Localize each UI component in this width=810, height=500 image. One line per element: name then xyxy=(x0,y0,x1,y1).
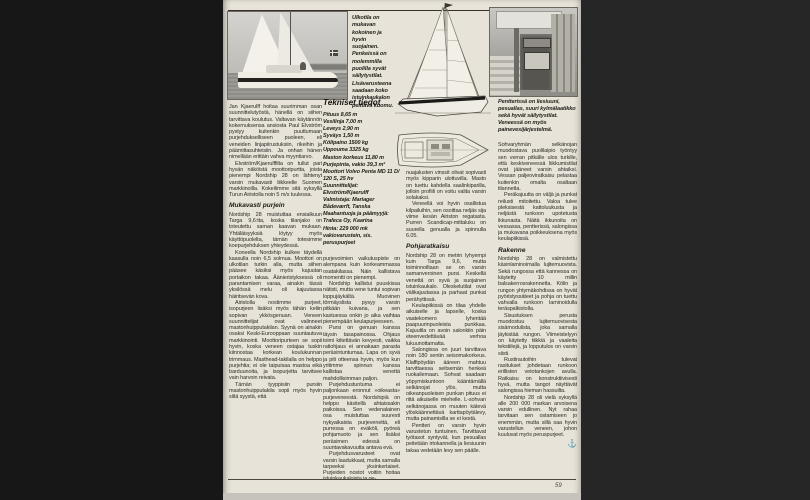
spec-importer: Maahantuoja ja päämyyjä: Trafeca Oy, Kaa… xyxy=(323,211,401,225)
cabin-top xyxy=(266,65,302,73)
spec-length: Pituus 8,65 m xyxy=(323,112,401,119)
paragraph: Salongissa on juuri tarvittava noin 180 … xyxy=(406,347,486,423)
spec-builder: Valmistaja: Mariager Bådeværft, Tanska xyxy=(323,197,401,211)
article-column-1: Jan Kjaerulff hoitaa suurimman osan suun… xyxy=(229,104,322,480)
paragraph: Pursi on genuan kanssa täysin tasapainos… xyxy=(323,325,400,382)
cockpit-photo-caption: Ulkotila on mukavan kokoinen ja hyvin su… xyxy=(352,15,394,110)
paragraph: Nordship 28 muistuttaa ensialkuun Targa … xyxy=(229,212,322,250)
spec-price: Hinta: 229 000 mk vakiovarustein, sis. p… xyxy=(323,226,401,247)
paragraph: Tämän tyyppisiin pursiin mastonhuipputak… xyxy=(229,382,322,401)
paragraph: Purjehdustuntuma ei paljonkaan eronnut »… xyxy=(323,382,400,451)
wood-cabinets xyxy=(551,14,575,92)
paragraph: Rustirautoihin tulevat rasitukset johdet… xyxy=(498,357,577,395)
spec-sail-area: Purjepinta, vakio 39,3 m² xyxy=(323,162,401,169)
article-column-4: Sohvaryhmän selkänojan muodostava puolil… xyxy=(498,142,577,480)
tech-specs-list: Pituus 8,65 m Vesilinja 7,00 m Leveys 2,… xyxy=(323,112,401,247)
spec-draft: Syväys 1,50 m xyxy=(323,133,401,140)
galley-photo xyxy=(490,8,577,96)
paragraph: Keulapiikissä on tilaa yhdelle aikuisell… xyxy=(406,303,486,347)
paragraph: Airistolla nostimme purjeet, isopurjeen … xyxy=(229,300,322,382)
page-number: 59 xyxy=(555,483,562,489)
right-black-margin xyxy=(581,0,810,500)
sailplan-drawing xyxy=(395,0,491,128)
paragraph: purjevoimien vaikutuspiste on alempana k… xyxy=(323,256,400,281)
anchor-icon: ⚓ xyxy=(498,439,577,448)
paragraph: nuajalusten vinssit olivat sopivasti myö… xyxy=(406,170,486,201)
paragraph: Elvström/Kjaerulffilta on tullut pari hy… xyxy=(229,161,322,199)
spec-waterline: Vesilinja 7,00 m xyxy=(323,119,401,126)
handrail xyxy=(514,28,519,92)
paragraph: Veneellä voi hyvin osallistua kilpailuih… xyxy=(406,201,486,239)
paragraph: Koneella Nordship kulkee täydellä kaasul… xyxy=(229,250,322,300)
section-heading-rakenne: Rakenne xyxy=(498,248,577,254)
paragraph: Jan Kjaerulff hoitaa suurimman osan suun… xyxy=(229,104,322,161)
paragraph: Sohvaryhmän selkänojan muodostava puolil… xyxy=(498,142,577,192)
section-heading-mukavasti-purjein: Mukavasti purjein xyxy=(229,203,322,209)
bottom-rule xyxy=(228,479,576,480)
section-heading-pohjaratkaisu: Pohjaratkaisu xyxy=(406,244,486,250)
paragraph: Pentteri on varsin hyvin varustetun tunt… xyxy=(406,423,486,454)
paragraph: Nordship kallistui puuskissa nätisti, mu… xyxy=(323,281,400,325)
spec-keel-weight: Kölipaino 1500 kg xyxy=(323,140,401,147)
helmsman xyxy=(300,62,306,70)
spec-beam: Leveys 2,90 m xyxy=(323,126,401,133)
spec-displacement: Uppouma 3325 kg xyxy=(323,147,401,154)
spec-engine: Moottori Volvo Penta MD 11 D/ 120 S, 25 … xyxy=(323,169,401,183)
stern-flag xyxy=(330,50,338,56)
tech-specs-box: Tekniset tiedot Pituus 8,65 m Vesilinja … xyxy=(323,98,401,254)
tech-specs-heading: Tekniset tiedot xyxy=(323,98,401,107)
article-column-3: nuajalusten vinssit olivat sopivasti myö… xyxy=(406,170,486,480)
galley-photo-caption: Pentterissä on liesiuuni, pesuallas, suu… xyxy=(498,99,578,134)
oven-door xyxy=(524,52,550,70)
paragraph: Nordship 28 on metrin lyhyempi kuin Targ… xyxy=(406,253,486,303)
paragraph: Nordship 28 on valmistettu käsinlaminoim… xyxy=(498,256,577,313)
sailboat-photo xyxy=(228,12,347,99)
spec-designers: Suunnittelijat: Elvström/Kjaerulff xyxy=(323,183,401,197)
deckplan-drawing xyxy=(395,131,491,169)
article-column-2: purjevoimien vaikutuspiste on alempana k… xyxy=(323,256,400,479)
paragraph: Purjehdusvarusteet ovat varsin laadukkaa… xyxy=(323,451,400,479)
spec-mast-height: Maston korkeus 11,80 m xyxy=(323,155,401,162)
left-black-margin xyxy=(0,0,223,500)
hull-sheer-stripe xyxy=(238,78,338,82)
magazine-page-scan: Ulkotila on mukavan kokoinen ja hyvin su… xyxy=(223,0,581,500)
paragraph: Peräkajuutta on väljä ja punkat reilusti… xyxy=(498,192,577,242)
paragraph: Nordship 28 oli vielä syksyllä alle 200 … xyxy=(498,395,577,439)
stove-top xyxy=(523,38,551,48)
page-bottom-edge xyxy=(223,493,581,500)
paragraph: Sisustuksen perusta muodostuu lujitemuov… xyxy=(498,313,577,357)
